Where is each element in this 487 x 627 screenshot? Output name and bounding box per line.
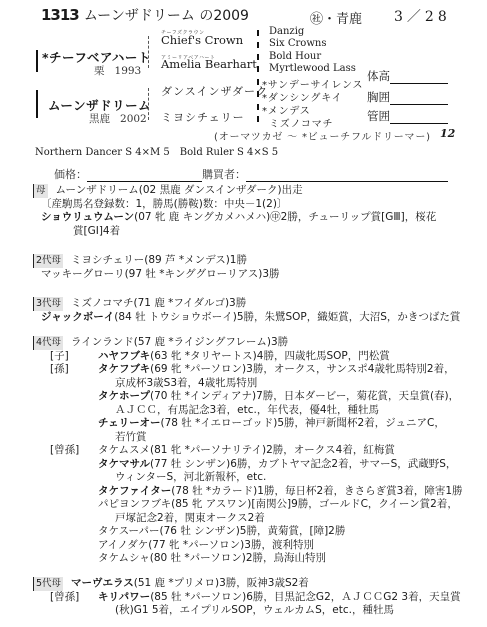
bracket-dash xyxy=(257,79,259,97)
horse-name: ハヤフブキ xyxy=(98,350,150,362)
girth-input-line[interactable] xyxy=(390,92,448,105)
buyer-input-line[interactable] xyxy=(246,169,448,182)
bracket-line xyxy=(36,90,38,118)
gen-label: 2代母 xyxy=(33,254,63,268)
horse-name: アイノダケ xyxy=(98,539,148,551)
gen-label: 3代母 xyxy=(33,297,63,311)
horse-name: タケムシャ xyxy=(98,552,150,564)
cannon-field[interactable]: 管囲 xyxy=(367,108,448,124)
horse-name: タケスーパー xyxy=(98,525,160,537)
girth-field[interactable]: 胸囲 xyxy=(367,89,448,105)
horse-name: タケマサル xyxy=(98,458,150,470)
section-2nd-dam: 2代母ミヨシチェリー(89 芦 *メンデス)1勝 マッキーグローリ(97 牡 *… xyxy=(33,254,280,281)
catalog-header: 1313 ムーンザドリーム の2009 xyxy=(41,5,249,25)
height-input-line[interactable] xyxy=(390,71,448,84)
gen3-4: Myrtlewood Lass xyxy=(269,63,356,74)
section-dam: 母ムーンザドリーム(02 黒鹿 ダンスインザダーク)出走 〔産駒馬名登録数：1，… xyxy=(33,184,436,238)
bracket-dash xyxy=(148,88,149,120)
gen-label: 5代母 xyxy=(33,577,63,591)
lot-number: 1313 xyxy=(41,6,79,24)
horse-name: タケファイター xyxy=(98,485,171,497)
dam-sire-name: ダンスインザダーク xyxy=(161,83,268,99)
cannon-input-line[interactable] xyxy=(390,111,448,124)
inbreeding-note: Northern Dancer S 4×M 5 Bold Ruler S 4×S… xyxy=(35,143,278,158)
dam-dam-name: ミヨシチェリー xyxy=(161,109,245,125)
price-input-line[interactable] xyxy=(87,169,202,182)
gen3-2: Six Crowns xyxy=(269,38,326,49)
gen-label: 母 xyxy=(33,184,48,198)
section-5th-dam: 5代母マーヴエラス(51 鹿 *プリメロ)3勝，阪神3歳S2着 [曾孫]キリパワ… xyxy=(33,577,461,618)
horse-title: ムーンザドリーム の2009 xyxy=(84,8,249,24)
family-number: 12 xyxy=(440,127,455,140)
bracket-dash xyxy=(257,54,259,72)
horse-name: ショウリュウムーン xyxy=(41,211,134,223)
horse-name: マーヴエラス xyxy=(71,577,134,589)
gen3-3: Bold Hour xyxy=(269,51,321,62)
dam-info: 黒鹿 2002 xyxy=(89,111,147,126)
birth-date: 3／28 xyxy=(394,6,451,26)
bracket-dash xyxy=(257,30,259,48)
horse-name: チェリーオー xyxy=(98,417,160,429)
gen-label: 4代母 xyxy=(33,336,63,350)
horse-name: タケフブキ xyxy=(98,363,150,375)
height-field[interactable]: 体高 xyxy=(367,68,448,84)
family-note: (オーマツカゼ ～ *ビューチフルドリーマー) xyxy=(214,128,431,143)
section-3rd-dam: 3代母ミズノコマチ(71 鹿 *フイダルゴ)3勝 ジャックボーイ(84 牡 トウ… xyxy=(33,297,460,324)
horse-name: ジャックボーイ xyxy=(41,311,114,323)
price-field[interactable]: 価格：購買者： xyxy=(54,166,448,182)
sire-info: 栗 1993 xyxy=(94,63,141,78)
sex-color: ㊓・青鹿 xyxy=(310,8,362,27)
bracket-dash xyxy=(148,36,149,68)
horse-name: タケムスメ xyxy=(98,444,150,456)
horse-name: パピヨンフブキ xyxy=(98,498,171,510)
bracket-line xyxy=(36,50,38,72)
sire-sire-name: Chief's Crown xyxy=(161,33,243,47)
horse-name: タケホープ xyxy=(98,390,150,402)
section-4th-dam: 4代母ラインランド(57 鹿 *ライジングフレーム)3勝 [子]ハヤフブキ(63… xyxy=(33,336,463,566)
gen3-1: Danzig xyxy=(269,26,304,37)
horse-name: キリパワー xyxy=(98,591,150,603)
bracket-dash xyxy=(257,104,259,122)
sire-dam-name: Amelia Bearhart xyxy=(161,57,257,71)
